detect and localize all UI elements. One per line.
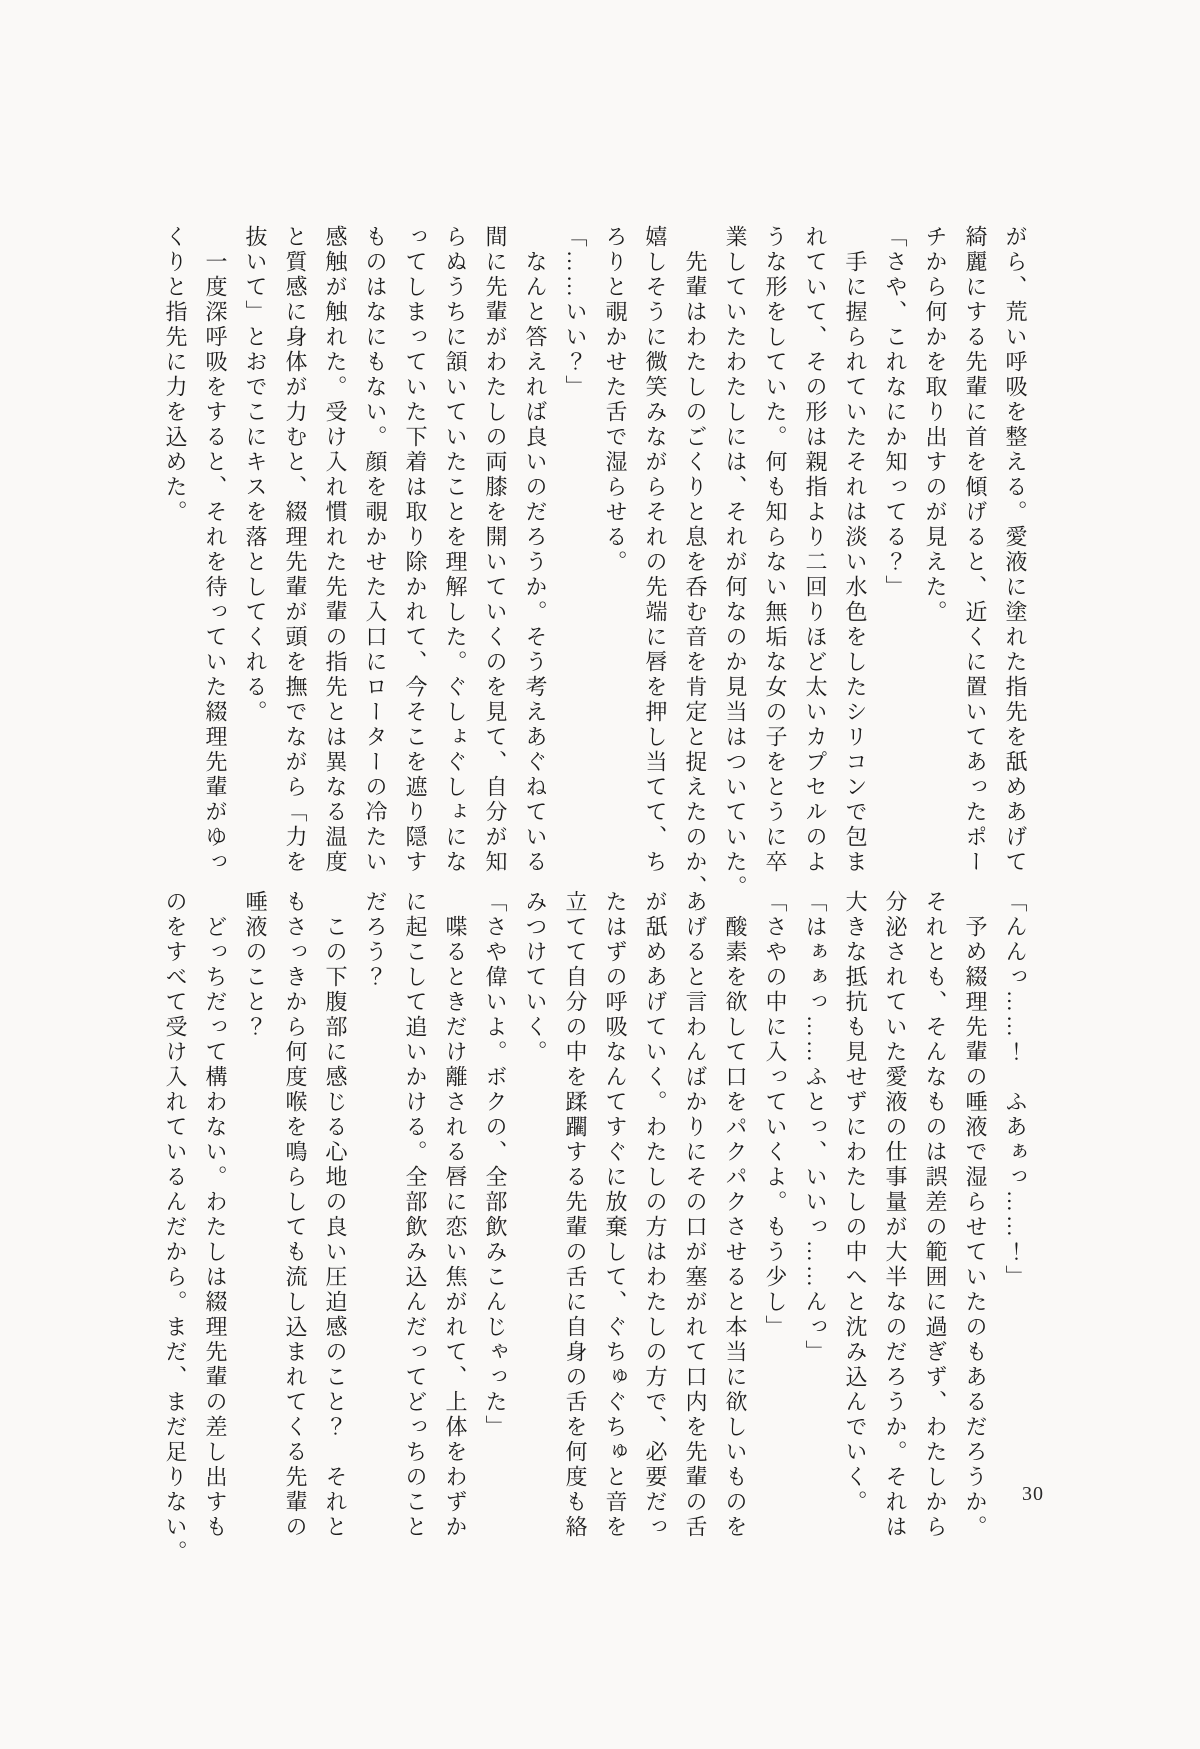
- text-column-line: あげると言わんばかりにその口が塞がれて口内を先輩の舌: [675, 890, 715, 1590]
- text-column-line: と質感に身体が力むと、綴理先輩が頭を撫でながら「力を: [275, 225, 315, 925]
- text-column-line: に起こして追いかける。全部飲み込んだってどっちのこと: [395, 890, 435, 1590]
- text-column-line: 嬉しそうに微笑みながらそれの先端に唇を押し当てて、ち: [635, 225, 675, 925]
- text-column-line: 業していたわたしには、それが何なのか見当はついていた。: [715, 225, 755, 925]
- text-column-line: うな形をしていた。何も知らない無垢な女の子をとうに卒: [755, 225, 795, 925]
- text-column-line: 「はぁぁっ……ふとっ、いいっ……んっ」: [795, 890, 835, 1590]
- text-column-line: 感触が触れた。受け入れ慣れた先輩の指先とは異なる温度: [315, 225, 355, 925]
- text-column-line: 間に先輩がわたしの両膝を開いていくのを見て、自分が知: [475, 225, 515, 925]
- text-column-line: が舐めあげていく。わたしの方はわたしの方で、必要だっ: [635, 890, 675, 1590]
- text-column-line: 抜いて」とおでこにキスを落としてくれる。: [235, 225, 275, 925]
- book-page: がら、荒い呼吸を整える。愛液に塗れた指先を舐めあげて綺麗にする先輩に首を傾げると…: [0, 0, 1200, 1749]
- text-column-line: らぬうちに頷いていたことを理解した。ぐしょぐしょにな: [435, 225, 475, 925]
- text-column-line: 酸素を欲して口をパクパクさせると本当に欲しいものを: [715, 890, 755, 1590]
- text-column-line: ろりと覗かせた舌で湿らせる。: [595, 225, 635, 925]
- text-column-line: 「さや、これなにか知ってる？」: [875, 225, 915, 925]
- text-column-line: 分泌されていた愛液の仕事量が大半なのだろうか。それは: [875, 890, 915, 1590]
- text-column-line: のをすべて受け入れているんだから。まだ、まだ足りない。: [155, 890, 195, 1590]
- text-column-line: ものはなにもない。顔を覗かせた入口にローターの冷たい: [355, 225, 395, 925]
- text-column-line: 唾液のこと？: [235, 890, 275, 1590]
- text-column-line: 「……いい？」: [555, 225, 595, 925]
- text-column-line: みつけていく。: [515, 890, 555, 1590]
- text-column-line: だろう？: [355, 890, 395, 1590]
- text-block-top: がら、荒い呼吸を整える。愛液に塗れた指先を舐めあげて綺麗にする先輩に首を傾げると…: [155, 225, 1035, 925]
- text-block-bottom: 「んんっ……！ ふあぁっ……！」 予め綴理先輩の唾液で湿らせていたのもあるだろう…: [155, 890, 1035, 1590]
- text-column-line: どっちだって構わない。わたしは綴理先輩の差し出すも: [195, 890, 235, 1590]
- text-column-line: この下腹部に感じる心地の良い圧迫感のこと？ それと: [315, 890, 355, 1590]
- text-column-line: もさっきから何度喉を鳴らしても流し込まれてくる先輩の: [275, 890, 315, 1590]
- text-column-line: チから何かを取り出すのが見えた。: [915, 225, 955, 925]
- text-column-line: 手に握られていたそれは淡い水色をしたシリコンで包ま: [835, 225, 875, 925]
- text-column-line: 喋るときだけ離される唇に恋い焦がれて、上体をわずか: [435, 890, 475, 1590]
- text-column-line: たはずの呼吸なんてすぐに放棄して、ぐちゅぐちゅと音を: [595, 890, 635, 1590]
- text-column-line: ってしまっていた下着は取り除かれて、今そこを遮り隠す: [395, 225, 435, 925]
- text-column-line: くりと指先に力を込めた。: [155, 225, 195, 925]
- text-column-line: がら、荒い呼吸を整える。愛液に塗れた指先を舐めあげて: [995, 225, 1035, 925]
- text-column-line: 綺麗にする先輩に首を傾げると、近くに置いてあったポー: [955, 225, 995, 925]
- text-column-line: 予め綴理先輩の唾液で湿らせていたのもあるだろうか。: [955, 890, 995, 1590]
- text-column-line: なんと答えれば良いのだろうか。そう考えあぐねている: [515, 225, 555, 925]
- text-column-line: 大きな抵抗も見せずにわたしの中へと沈み込んでいく。: [835, 890, 875, 1590]
- text-column-line: それとも、そんなものは誤差の範囲に過ぎず、わたしから: [915, 890, 955, 1590]
- text-column-line: 一度深呼吸をすると、それを待っていた綴理先輩がゆっ: [195, 225, 235, 925]
- text-column-line: 「さや偉いよ。ボクの、全部飲みこんじゃった」: [475, 890, 515, 1590]
- text-column-line: 立てて自分の中を蹂躙する先輩の舌に自身の舌を何度も絡: [555, 890, 595, 1590]
- text-column-line: 先輩はわたしのごくりと息を呑む音を肯定と捉えたのか、: [675, 225, 715, 925]
- text-column-line: 「さやの中に入っていくよ。もう少し」: [755, 890, 795, 1590]
- page-number: 30: [1022, 1483, 1044, 1506]
- text-column-line: れていて、その形は親指より二回りほど太いカプセルのよ: [795, 225, 835, 925]
